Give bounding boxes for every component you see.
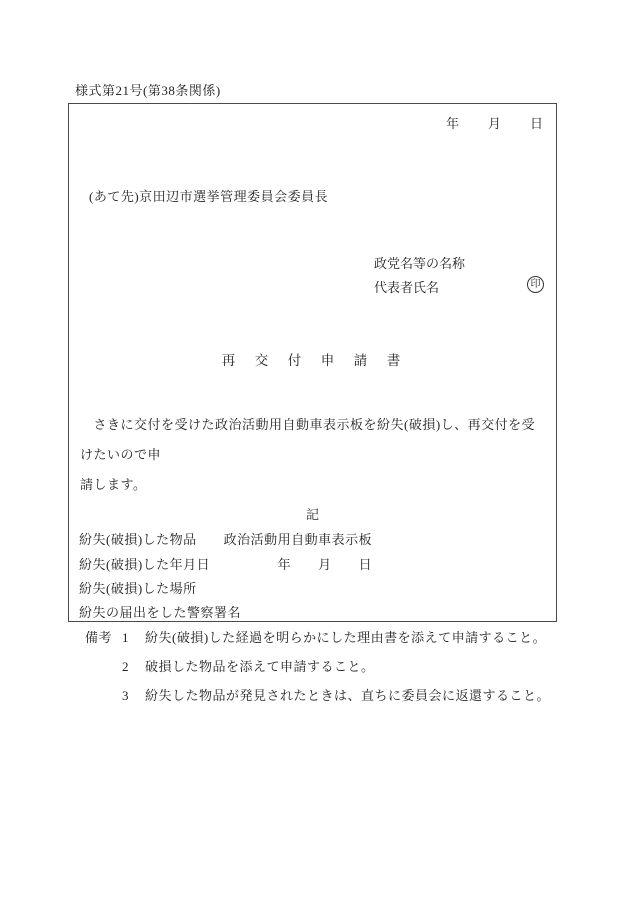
ki-heading: 記 — [69, 504, 556, 523]
notes-section: 備考 1 紛失(破損)した経過を明らかにした理由書を添えて申請すること。 2 破… — [85, 631, 610, 718]
note-number: 2 — [122, 660, 145, 674]
representative-row: 代表者氏名 印 — [374, 277, 556, 297]
seal-icon: 印 — [527, 276, 544, 293]
notes-label: 備考 — [85, 631, 122, 645]
party-name-label: 政党名等の名称 — [374, 253, 465, 272]
note-text: 紛失した物品が発見されたときは、直ちに委員会に返還すること。 — [145, 689, 610, 703]
addressee: (あて先)京田辺市選挙管理委員会委員長 — [89, 186, 328, 205]
note-text: 紛失(破損)した経過を明らかにした理由書を添えて申請すること。 — [145, 631, 610, 645]
form-code: 様式第21号(第38条関係) — [75, 80, 221, 99]
note-row-3: 3 紛失した物品が発見されたときは、直ちに委員会に返還すること。 — [85, 689, 610, 703]
note-row-2: 2 破損した物品を添えて申請すること。 — [85, 660, 610, 674]
item-lost-date: 紛失(破損)した年月日 年 月 日 — [79, 554, 372, 573]
form-border-box: 年 月 日 (あて先)京田辺市選挙管理委員会委員長 政党名等の名称 代表者氏名 … — [68, 103, 557, 622]
body-line-1: さきに交付を受けた政治活動用自動車表示板を紛失(破損)し、再交付を受けたいので申 — [80, 410, 548, 470]
document-title: 再 交 付 申 請 書 — [69, 349, 556, 369]
representative-label: 代表者氏名 — [374, 280, 439, 295]
body-line-2: 請します。 — [80, 470, 548, 500]
notes-label-spacer — [85, 660, 122, 674]
note-number: 1 — [122, 631, 145, 645]
body-paragraph: さきに交付を受けた政治活動用自動車表示板を紛失(破損)し、再交付を受けたいので申… — [80, 410, 548, 500]
item-lost-place: 紛失(破損)した場所 — [79, 578, 197, 597]
date-line: 年 月 日 — [446, 113, 544, 132]
note-number: 3 — [122, 689, 145, 703]
item-police-station: 紛失の届出をした警察署名 — [79, 602, 241, 621]
item-lost-article: 紛失(破損)した物品 政治活動用自動車表示板 — [79, 529, 372, 548]
note-row-1: 備考 1 紛失(破損)した経過を明らかにした理由書を添えて申請すること。 — [85, 631, 610, 645]
form-page: 様式第21号(第38条関係) 年 月 日 (あて先)京田辺市選挙管理委員会委員長… — [0, 0, 630, 915]
note-text: 破損した物品を添えて申請すること。 — [145, 660, 610, 674]
notes-label-spacer — [85, 689, 122, 703]
